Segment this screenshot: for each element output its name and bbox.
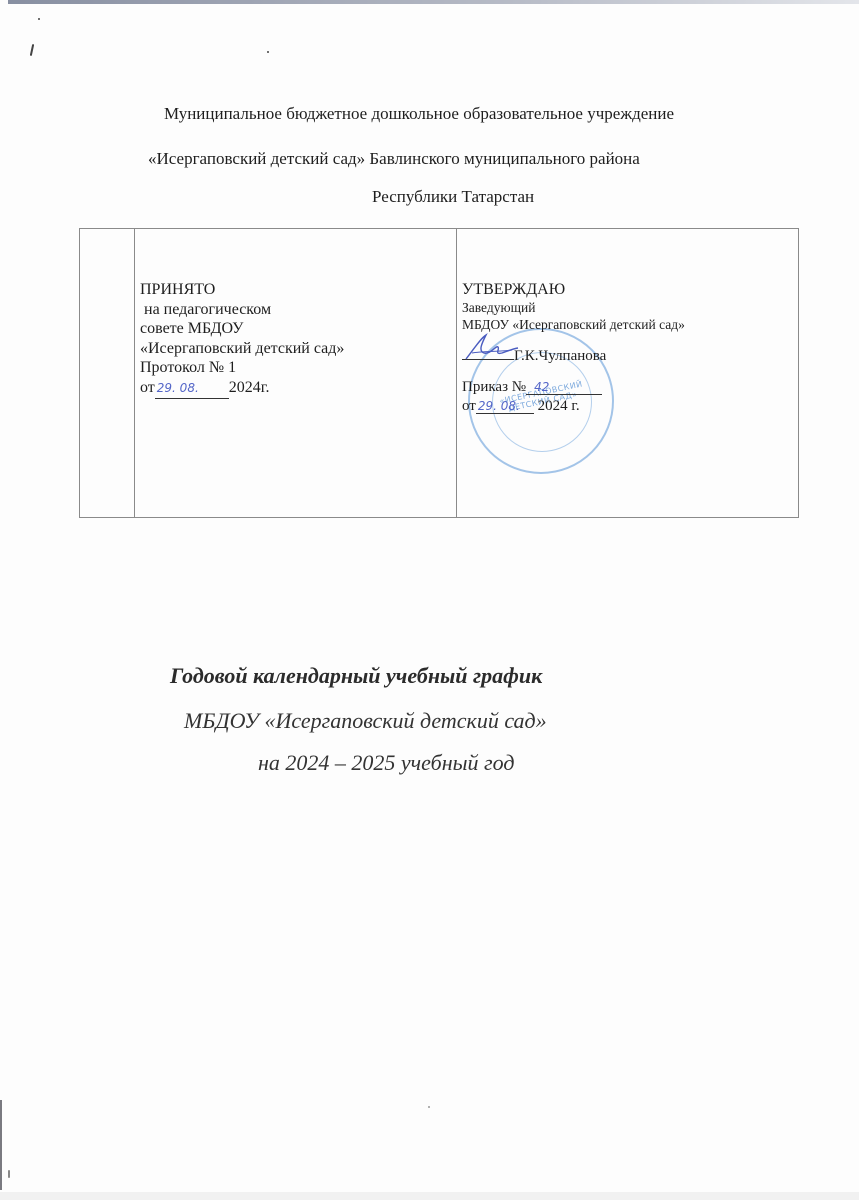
- scan-left-edge: [0, 1100, 2, 1190]
- scan-bottom-strip: [0, 1192, 859, 1200]
- institution-name-line1: Муниципальное бюджетное дошкольное образ…: [164, 104, 674, 124]
- handwritten-order-number: 42: [526, 380, 602, 395]
- scan-speck: [38, 18, 40, 20]
- approved-date: от29. 08. 2024 г.: [462, 398, 685, 415]
- date-prefix: от: [462, 398, 476, 414]
- signature-blank: [462, 345, 514, 360]
- approver-organization: МБДОУ «Исергаповский детский сад»: [462, 316, 685, 333]
- date-suffix: 2024 г.: [534, 398, 580, 414]
- date-suffix: 2024г.: [229, 379, 270, 396]
- institution-name-line2: «Исергаповский детский сад» Бавлинского …: [148, 149, 640, 169]
- document-title-main: Годовой календарный учебный график: [170, 663, 542, 689]
- accepted-line2: совете МБДОУ: [140, 319, 344, 339]
- accepted-line3: «Исергаповский детский сад»: [140, 339, 344, 359]
- handwritten-date: 29. 08.: [155, 379, 229, 400]
- institution-region: Республики Татарстан: [372, 187, 534, 207]
- approved-block: УТВЕРЖДАЮ Заведующий МБДОУ «Исергаповски…: [462, 280, 685, 415]
- table-divider: [456, 229, 457, 517]
- order-label: Приказ №: [462, 379, 526, 395]
- handwritten-signature-icon: [462, 331, 522, 363]
- scan-speck: [267, 51, 269, 53]
- approver-position: Заведующий: [462, 299, 685, 316]
- signatory-name: Г.К.Чулпанова: [514, 348, 606, 364]
- accepted-line1: на педагогическом: [140, 300, 344, 320]
- scan-top-edge: [8, 0, 859, 4]
- order-line: Приказ №42: [462, 379, 685, 396]
- signature-line: Г.К.Чулпанова: [462, 345, 685, 365]
- accepted-title: ПРИНЯТО: [140, 280, 344, 300]
- table-divider: [134, 229, 135, 517]
- date-prefix: от: [140, 379, 155, 396]
- scan-speck: [428, 1106, 430, 1108]
- document-title-org: МБДОУ «Исергаповский детский сад»: [184, 708, 547, 734]
- scan-mark: [30, 44, 34, 56]
- approved-title: УТВЕРЖДАЮ: [462, 280, 685, 299]
- accepted-date: от29. 08.2024г.: [140, 378, 344, 400]
- accepted-block: ПРИНЯТО на педагогическом совете МБДОУ «…: [140, 280, 344, 399]
- scan-mark: [8, 1170, 10, 1178]
- document-title-year: на 2024 – 2025 учебный год: [258, 750, 514, 776]
- protocol-number: Протокол № 1: [140, 358, 344, 378]
- handwritten-date: 29. 08.: [476, 399, 534, 414]
